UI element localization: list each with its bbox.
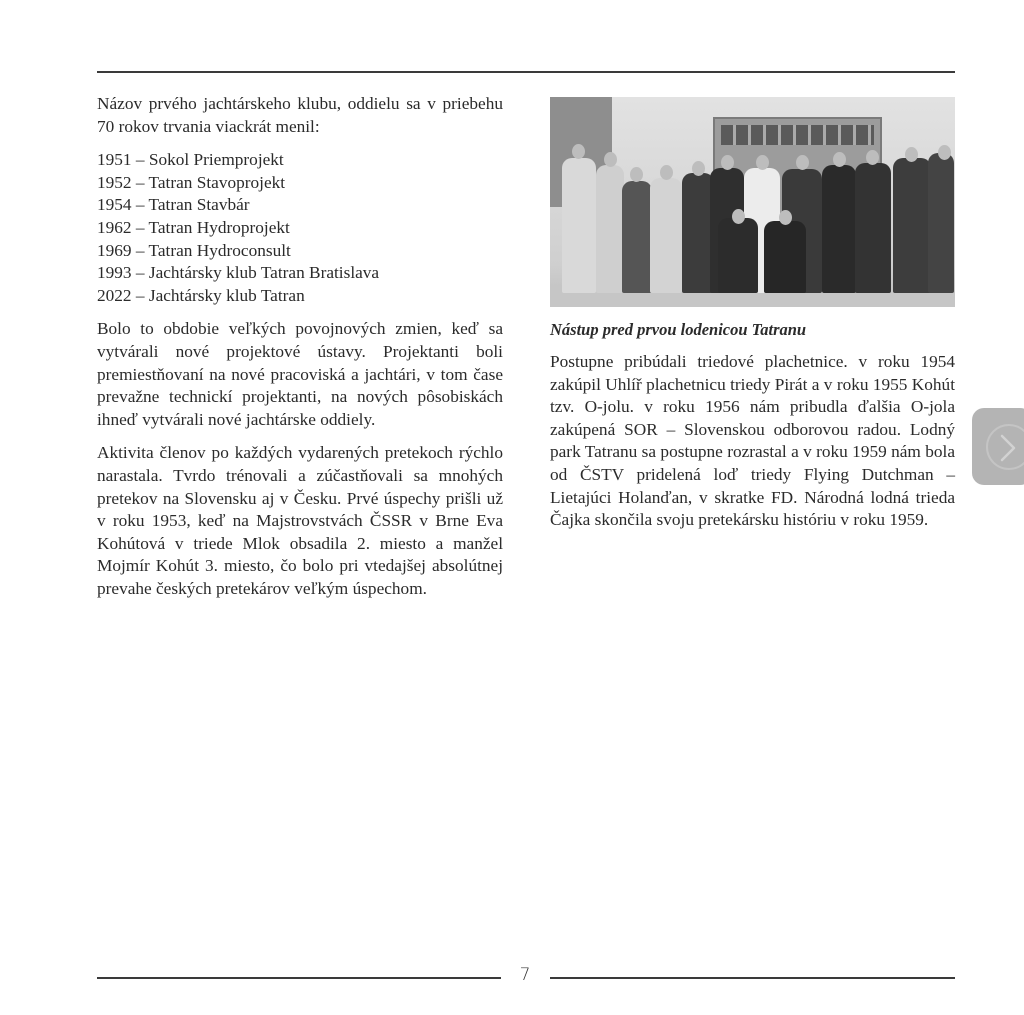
photo-figure-head xyxy=(866,150,879,165)
photo-figure xyxy=(822,165,856,293)
photo-figure-head xyxy=(938,145,951,160)
left-column: Názov prvého jachtárskeho klubu, oddielu… xyxy=(97,93,503,611)
chevron-right-icon xyxy=(1000,434,1016,462)
list-item: 1993 – Jachtársky klub Tatran Bratislava xyxy=(97,262,503,285)
list-item: 1952 – Tatran Stavoprojekt xyxy=(97,172,503,195)
bottom-rule-right xyxy=(550,977,955,979)
list-item: 1962 – Tatran Hydroprojekt xyxy=(97,217,503,240)
photo-figure xyxy=(928,153,954,293)
photo-figure-head xyxy=(905,147,918,162)
photo-garage-windows xyxy=(721,125,874,145)
photo-figure-head xyxy=(660,165,673,180)
bottom-rule-left xyxy=(97,977,501,979)
photo-caption: Nástup pred prvou lodenicou Tatranu xyxy=(550,319,955,341)
top-rule xyxy=(97,71,955,73)
next-page-button[interactable] xyxy=(972,408,1024,485)
photo-figure-head xyxy=(572,144,585,159)
photo-figure-head xyxy=(732,209,745,224)
photo-figure xyxy=(893,158,931,293)
photo-figure xyxy=(650,178,682,293)
list-item: 1951 – Sokol Priemprojekt xyxy=(97,149,503,172)
postwar-paragraph: Bolo to obdobie veľkých povojnových zmie… xyxy=(97,318,503,431)
page-number: 7 xyxy=(513,965,537,985)
club-name-history-list: 1951 – Sokol Priemprojekt 1952 – Tatran … xyxy=(97,149,503,307)
photo-figure xyxy=(562,158,596,293)
photo-figure-head xyxy=(756,155,769,170)
photo-figure-head xyxy=(692,161,705,176)
photo-figure-kneeling xyxy=(718,218,758,293)
photo-figure-head xyxy=(604,152,617,167)
intro-paragraph: Názov prvého jachtárskeho klubu, oddielu… xyxy=(97,93,503,138)
photo-figure-head xyxy=(779,210,792,225)
photo-figure-head xyxy=(630,167,643,182)
right-column: Nástup pred prvou lodenicou Tatranu Post… xyxy=(550,97,955,543)
photo-figure-head xyxy=(833,152,846,167)
list-item: 1969 – Tatran Hydroconsult xyxy=(97,240,503,263)
group-photo xyxy=(550,97,955,307)
activity-paragraph: Aktivita členov po každých vydarených pr… xyxy=(97,442,503,600)
photo-figure xyxy=(622,181,652,293)
photo-figure-head xyxy=(721,155,734,170)
list-item: 1954 – Tatran Stavbár xyxy=(97,194,503,217)
photo-figure-kneeling xyxy=(764,221,806,293)
boats-paragraph: Postupne pribúdali triedové plachetnice.… xyxy=(550,351,955,532)
photo-figure xyxy=(596,165,624,293)
photo-figure-head xyxy=(796,155,809,170)
list-item: 2022 – Jachtársky klub Tatran xyxy=(97,285,503,308)
photo-figure xyxy=(855,163,891,293)
